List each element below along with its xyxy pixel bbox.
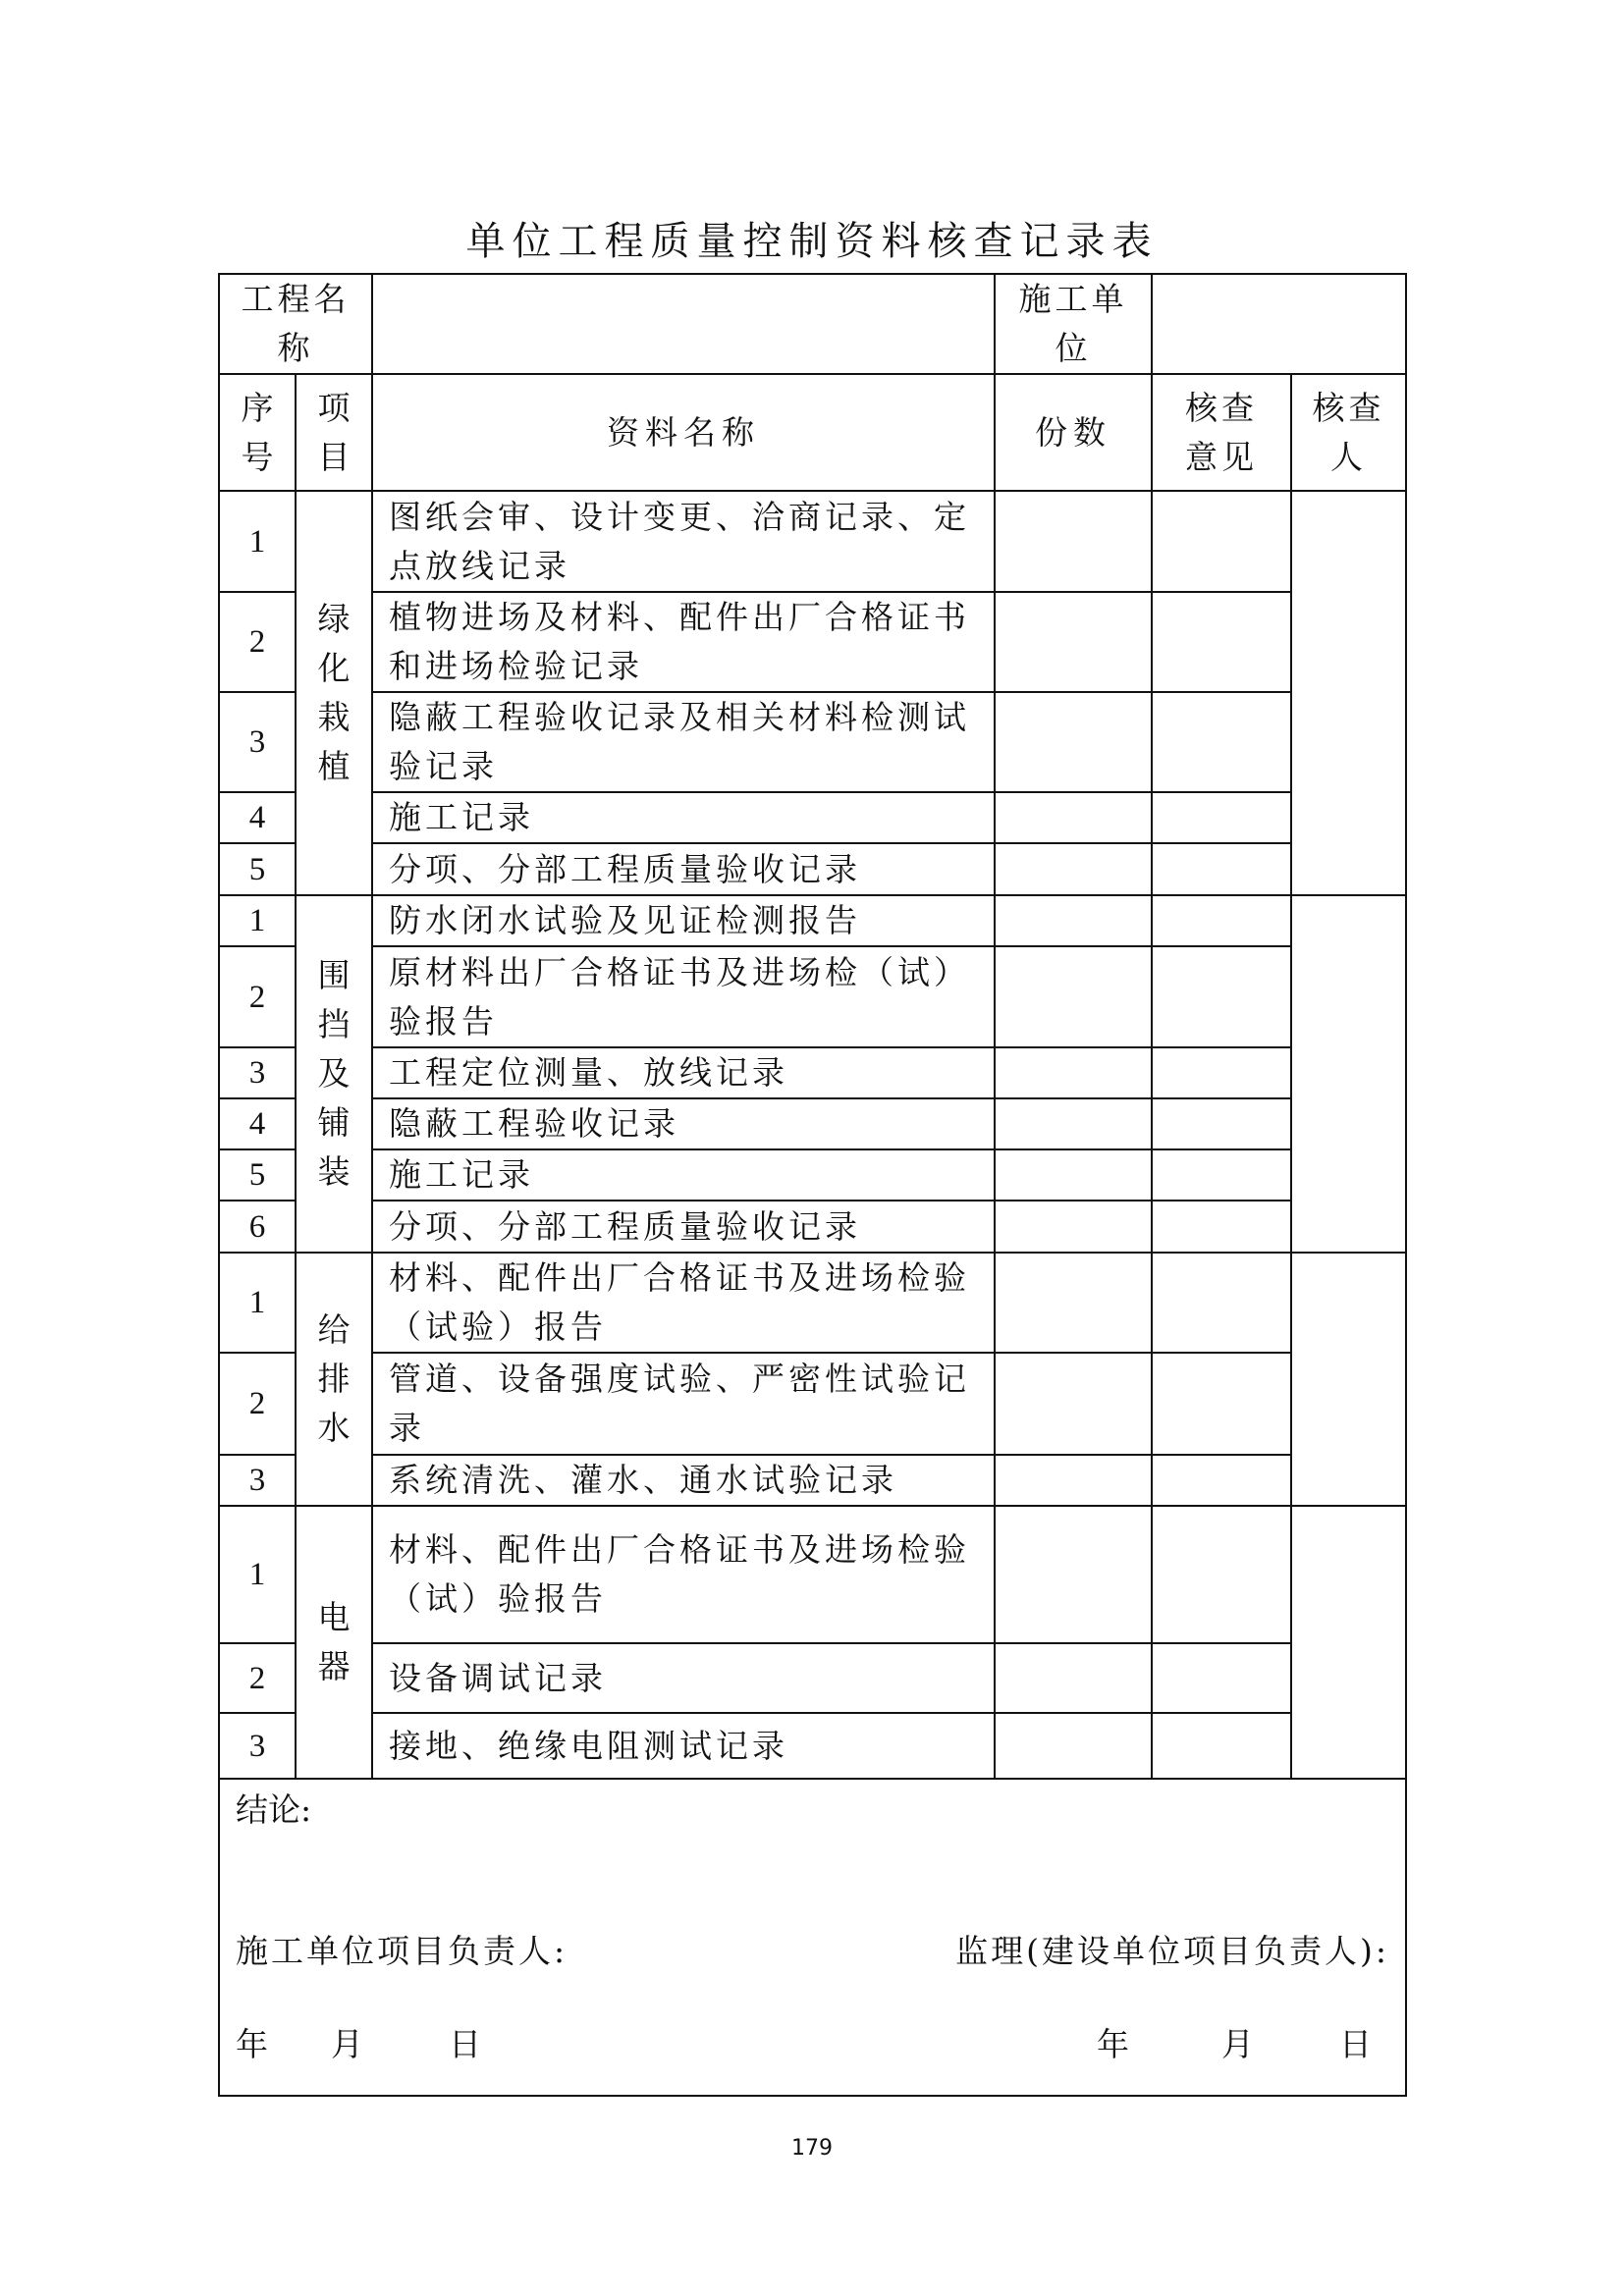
row-opinion-field[interactable] [1152,1047,1291,1098]
row-seq: 1 [219,1253,296,1353]
table-row: 5分项、分部工程质量验收记录 [219,843,1406,895]
group-checker-field[interactable] [1291,895,1406,1253]
row-seq: 1 [219,895,296,946]
row-copies-field[interactable] [995,1713,1152,1779]
project-name-label: 工程名称 [219,274,372,374]
row-opinion-field[interactable] [1152,692,1291,792]
col-header-copies: 份数 [995,374,1152,491]
row-opinion-field[interactable] [1152,843,1291,895]
row-seq: 6 [219,1201,296,1253]
row-copies-field[interactable] [995,1353,1152,1455]
table-row: 4隐蔽工程验收记录 [219,1098,1406,1149]
header-row-columns: 序号 项目 资料名称 份数 核查意见 核查人 [219,374,1406,491]
row-copies-field[interactable] [995,592,1152,692]
row-doc-name: 设备调试记录 [372,1643,995,1713]
row-opinion-field[interactable] [1152,1149,1291,1201]
row-doc-name: 施工记录 [372,1149,995,1201]
group-item-name: 绿化栽植 [296,491,372,895]
row-seq: 1 [219,1506,296,1643]
page-title: 单位工程质量控制资料核查记录表 [0,214,1624,269]
row-opinion-field[interactable] [1152,1643,1291,1713]
row-copies-field[interactable] [995,946,1152,1047]
table-row: 1给排水材料、配件出厂合格证书及进场检验（试验）报告 [219,1253,1406,1353]
row-copies-field[interactable] [995,1253,1152,1353]
table-row: 3系统清洗、灌水、通水试验记录 [219,1455,1406,1506]
left-date-year: 年 [236,2020,268,2069]
row-seq: 3 [219,1713,296,1779]
row-doc-name: 隐蔽工程验收记录及相关材料检测试验记录 [372,692,995,792]
supervisor-signature-label: 监理(建设单位项目负责人): [955,1927,1389,1976]
row-seq: 2 [219,1643,296,1713]
row-doc-name: 植物进场及材料、配件出厂合格证书和进场检验记录 [372,592,995,692]
contractor-label: 施工单位 [995,274,1152,374]
row-seq: 4 [219,1098,296,1149]
table-row: 1电器材料、配件出厂合格证书及进场检验（试）验报告 [219,1506,1406,1643]
row-seq: 3 [219,692,296,792]
row-doc-name: 施工记录 [372,792,995,843]
row-doc-name: 分项、分部工程质量验收记录 [372,1201,995,1253]
row-copies-field[interactable] [995,1149,1152,1201]
row-copies-field[interactable] [995,1506,1152,1643]
right-date-day: 日 [1339,2020,1372,2069]
group-checker-field[interactable] [1291,1506,1406,1779]
row-doc-name: 系统清洗、灌水、通水试验记录 [372,1455,995,1506]
row-doc-name: 分项、分部工程质量验收记录 [372,843,995,895]
row-seq: 1 [219,491,296,592]
table-row: 2原材料出厂合格证书及进场检（试）验报告 [219,946,1406,1047]
table-row: 3接地、绝缘电阻测试记录 [219,1713,1406,1779]
table-row: 4施工记录 [219,792,1406,843]
table-row: 2植物进场及材料、配件出厂合格证书和进场检验记录 [219,592,1406,692]
row-doc-name: 隐蔽工程验收记录 [372,1098,995,1149]
row-seq: 5 [219,843,296,895]
left-date-day: 日 [449,2020,481,2069]
col-header-checker: 核查人 [1291,374,1406,491]
table-row: 6分项、分部工程质量验收记录 [219,1201,1406,1253]
row-opinion-field[interactable] [1152,1253,1291,1353]
contractor-field[interactable] [1152,274,1406,374]
header-row-project: 工程名称 施工单位 [219,274,1406,374]
row-opinion-field[interactable] [1152,895,1291,946]
row-doc-name: 接地、绝缘电阻测试记录 [372,1713,995,1779]
table-row: 3工程定位测量、放线记录 [219,1047,1406,1098]
row-copies-field[interactable] [995,1047,1152,1098]
row-opinion-field[interactable] [1152,792,1291,843]
table-row: 5施工记录 [219,1149,1406,1201]
col-header-doc-name: 资料名称 [372,374,995,491]
row-copies-field[interactable] [995,491,1152,592]
col-header-item: 项目 [296,374,372,491]
row-copies-field[interactable] [995,895,1152,946]
table-row: 3隐蔽工程验收记录及相关材料检测试验记录 [219,692,1406,792]
row-seq: 5 [219,1149,296,1201]
group-item-label: 围挡及铺装 [316,951,352,1197]
row-seq: 2 [219,592,296,692]
row-copies-field[interactable] [995,1201,1152,1253]
group-item-name: 电器 [296,1506,372,1779]
group-item-name: 给排水 [296,1253,372,1506]
group-checker-field[interactable] [1291,1253,1406,1506]
row-opinion-field[interactable] [1152,1201,1291,1253]
contractor-signature-label: 施工单位项目负责人: [236,1927,568,1976]
row-seq: 3 [219,1047,296,1098]
row-copies-field[interactable] [995,843,1152,895]
left-date-month: 月 [331,2020,363,2069]
group-item-label: 给排水 [316,1306,352,1453]
row-copies-field[interactable] [995,1455,1152,1506]
right-date-month: 月 [1221,2020,1254,2069]
table-row: 1绿化栽植图纸会审、设计变更、洽商记录、定点放线记录 [219,491,1406,592]
row-copies-field[interactable] [995,1098,1152,1149]
table-row: 2管道、设备强度试验、严密性试验记录 [219,1353,1406,1455]
row-doc-name: 工程定位测量、放线记录 [372,1047,995,1098]
row-opinion-field[interactable] [1152,946,1291,1047]
row-seq: 2 [219,1353,296,1455]
row-doc-name: 防水闭水试验及见证检测报告 [372,895,995,946]
row-opinion-field[interactable] [1152,1506,1291,1643]
row-seq: 4 [219,792,296,843]
row-opinion-field[interactable] [1152,1353,1291,1455]
group-item-label: 绿化栽植 [316,595,352,791]
row-opinion-field[interactable] [1152,592,1291,692]
row-opinion-field[interactable] [1152,491,1291,592]
row-seq: 3 [219,1455,296,1506]
conclusion-row: 结论: 施工单位项目负责人: 监理(建设单位项目负责人): 年 月 日 年 月 … [219,1779,1406,2096]
row-seq: 2 [219,946,296,1047]
row-copies-field[interactable] [995,792,1152,843]
conclusion-area: 结论: 施工单位项目负责人: 监理(建设单位项目负责人): 年 月 日 年 月 … [219,1779,1406,2096]
row-doc-name: 材料、配件出厂合格证书及进场检验（试）验报告 [372,1506,995,1643]
table-row: 2设备调试记录 [219,1643,1406,1713]
row-opinion-field[interactable] [1152,1713,1291,1779]
row-copies-field[interactable] [995,1643,1152,1713]
project-name-field[interactable] [372,274,995,374]
row-copies-field[interactable] [995,692,1152,792]
row-doc-name: 管道、设备强度试验、严密性试验记录 [372,1353,995,1455]
row-opinion-field[interactable] [1152,1098,1291,1149]
group-checker-field[interactable] [1291,491,1406,895]
inspection-record-table: 工程名称 施工单位 序号 项目 资料名称 份数 核查意见 核查人 1绿化栽植图纸… [218,273,1407,2097]
row-doc-name: 图纸会审、设计变更、洽商记录、定点放线记录 [372,491,995,592]
conclusion-label: 结论: [236,1786,311,1835]
col-header-opinion: 核查意见 [1152,374,1291,491]
page-number: 179 [0,2136,1624,2161]
row-opinion-field[interactable] [1152,1455,1291,1506]
group-item-label: 电器 [316,1593,352,1691]
col-header-seq: 序号 [219,374,296,491]
row-doc-name: 原材料出厂合格证书及进场检（试）验报告 [372,946,995,1047]
table-row: 1围挡及铺装防水闭水试验及见证检测报告 [219,895,1406,946]
group-item-name: 围挡及铺装 [296,895,372,1253]
right-date-year: 年 [1097,2020,1129,2069]
row-doc-name: 材料、配件出厂合格证书及进场检验（试验）报告 [372,1253,995,1353]
